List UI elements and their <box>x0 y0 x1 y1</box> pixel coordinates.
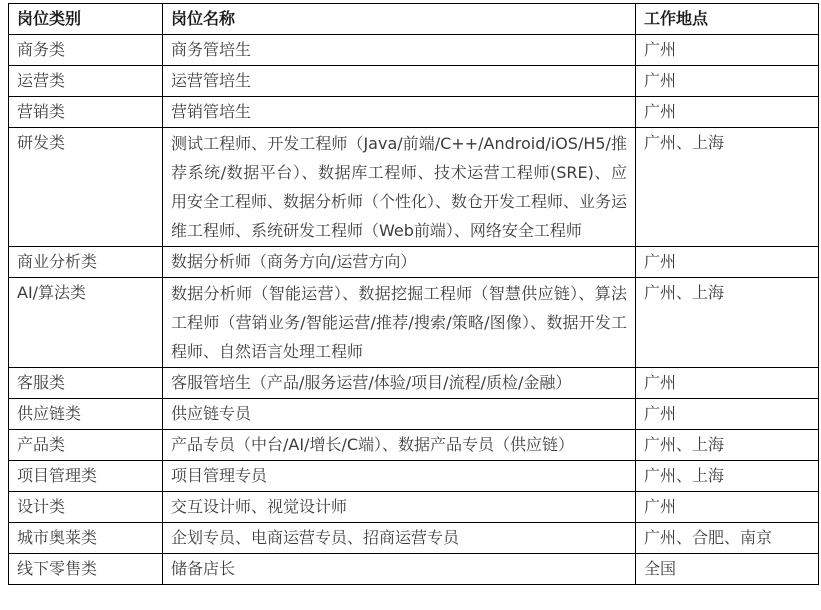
cell-category: 产品类 <box>9 430 163 461</box>
cell-category: 商业分析类 <box>9 247 163 278</box>
header-category: 岗位类别 <box>9 4 163 35</box>
table-row: AI/算法类 数据分析师（智能运营）、数据挖掘工程师（智慧供应链）、算法工程师（… <box>9 278 819 368</box>
cell-category: 商务类 <box>9 35 163 66</box>
table-row: 营销类 营销管培生 广州 <box>9 97 819 128</box>
cell-location: 全国 <box>636 554 819 585</box>
table-row: 项目管理类 项目管理专员 广州、上海 <box>9 461 819 492</box>
cell-category: 运营类 <box>9 66 163 97</box>
cell-positions: 商务管培生 <box>163 35 636 66</box>
table-row: 产品类 产品专员（中台/AI/增长/C端）、数据产品专员（供应链） 广州、上海 <box>9 430 819 461</box>
table-row: 设计类 交互设计师、视觉设计师 广州 <box>9 492 819 523</box>
cell-positions: 客服管培生（产品/服务运营/体验/项目/流程/质检/金融） <box>163 368 636 399</box>
cell-positions: 产品专员（中台/AI/增长/C端）、数据产品专员（供应链） <box>163 430 636 461</box>
cell-location: 广州 <box>636 492 819 523</box>
cell-category: 客服类 <box>9 368 163 399</box>
cell-positions: 交互设计师、视觉设计师 <box>163 492 636 523</box>
cell-positions: 数据分析师（智能运营）、数据挖掘工程师（智慧供应链）、算法工程师（营销业务/智能… <box>163 278 636 368</box>
cell-positions: 测试工程师、开发工程师（Java/前端/C++/Android/iOS/H5/推… <box>163 128 636 247</box>
table-row: 线下零售类 储备店长 全国 <box>9 554 819 585</box>
table-row: 商务类 商务管培生 广州 <box>9 35 819 66</box>
table-row: 商业分析类 数据分析师（商务方向/运营方向） 广州 <box>9 247 819 278</box>
job-positions-table: 岗位类别 岗位名称 工作地点 商务类 商务管培生 广州 运营类 运营管培生 广州… <box>8 3 819 585</box>
cell-location: 广州 <box>636 66 819 97</box>
table-row: 城市奥莱类 企划专员、电商运营专员、招商运营专员 广州、合肥、南京 <box>9 523 819 554</box>
cell-location: 广州 <box>636 97 819 128</box>
cell-positions: 供应链专员 <box>163 399 636 430</box>
cell-category: 线下零售类 <box>9 554 163 585</box>
header-position: 岗位名称 <box>163 4 636 35</box>
cell-category: 项目管理类 <box>9 461 163 492</box>
table-row: 供应链类 供应链专员 广州 <box>9 399 819 430</box>
cell-positions: 数据分析师（商务方向/运营方向） <box>163 247 636 278</box>
cell-positions: 运营管培生 <box>163 66 636 97</box>
cell-location: 广州、上海 <box>636 430 819 461</box>
cell-location: 广州 <box>636 399 819 430</box>
cell-positions: 项目管理专员 <box>163 461 636 492</box>
cell-positions: 营销管培生 <box>163 97 636 128</box>
cell-location: 广州、合肥、南京 <box>636 523 819 554</box>
cell-location: 广州、上海 <box>636 128 819 247</box>
cell-location: 广州、上海 <box>636 461 819 492</box>
cell-location: 广州 <box>636 35 819 66</box>
cell-location: 广州 <box>636 368 819 399</box>
cell-positions: 企划专员、电商运营专员、招商运营专员 <box>163 523 636 554</box>
table-row: 客服类 客服管培生（产品/服务运营/体验/项目/流程/质检/金融） 广州 <box>9 368 819 399</box>
cell-category: 研发类 <box>9 128 163 247</box>
cell-positions: 储备店长 <box>163 554 636 585</box>
header-location: 工作地点 <box>636 4 819 35</box>
cell-category: 供应链类 <box>9 399 163 430</box>
cell-location: 广州 <box>636 247 819 278</box>
cell-category: 城市奥莱类 <box>9 523 163 554</box>
table-row: 研发类 测试工程师、开发工程师（Java/前端/C++/Android/iOS/… <box>9 128 819 247</box>
cell-category: 设计类 <box>9 492 163 523</box>
table-row: 运营类 运营管培生 广州 <box>9 66 819 97</box>
cell-category: AI/算法类 <box>9 278 163 368</box>
cell-location: 广州、上海 <box>636 278 819 368</box>
table-header-row: 岗位类别 岗位名称 工作地点 <box>9 4 819 35</box>
cell-category: 营销类 <box>9 97 163 128</box>
